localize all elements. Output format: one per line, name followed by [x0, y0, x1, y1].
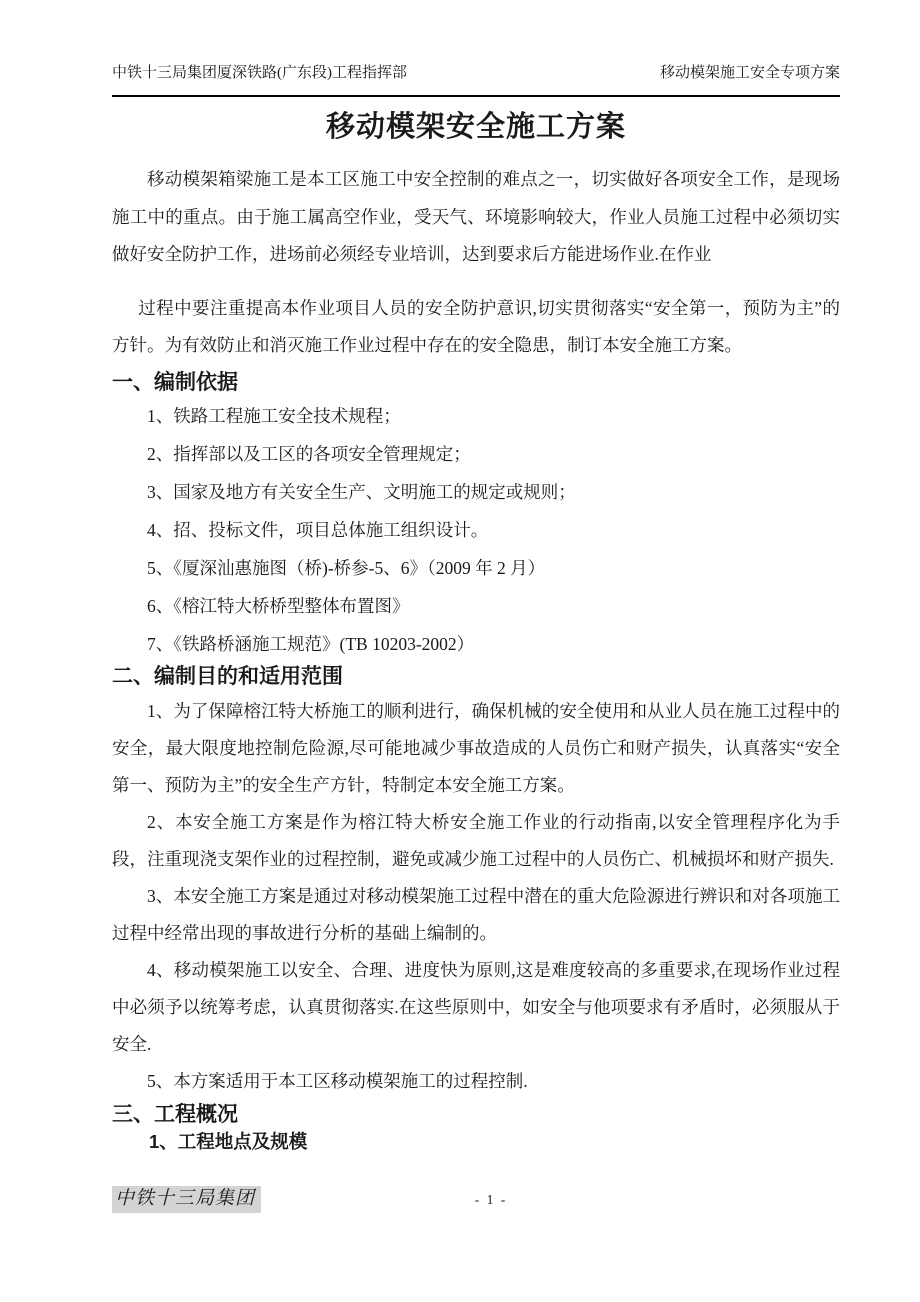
page-content: 中铁十三局集团厦深铁路(广东段)工程指挥部 移动模架施工安全专项方案 移动模架安…: [0, 0, 920, 1154]
section2-paragraph: 5、本方案适用于本工区移动模架施工的过程控制.: [112, 1063, 840, 1100]
list-item: 4、招、投标文件，项目总体施工组织设计。: [112, 511, 840, 549]
section3-subheading: 1、工程地点及规模: [112, 1130, 840, 1154]
list-item: 5、《厦深汕惠施图（桥)-桥参-5、6》（2009 年 2 月）: [112, 549, 840, 587]
header-left-text: 中铁十三局集团厦深铁路(广东段)工程指挥部: [112, 63, 407, 83]
section2-paragraph: 4、移动模架施工以安全、合理、进度快为原则,这是难度较高的多重要求,在现场作业过…: [112, 952, 840, 1063]
page-header: 中铁十三局集团厦深铁路(广东段)工程指挥部 移动模架施工安全专项方案: [112, 63, 840, 97]
list-item: 6、《榕江特大桥桥型整体布置图》: [112, 587, 840, 625]
document-title: 移动模架安全施工方案: [112, 109, 840, 145]
intro-paragraph-1: 移动模架箱梁施工是本工区施工中安全控制的难点之一，切实做好各项安全工作，是现场施…: [112, 161, 840, 274]
page-footer: 中铁十三局集团 - 1 -: [112, 1186, 840, 1213]
intro-paragraph-2: 过程中要注重提高本作业项目人员的安全防护意识,切实贯彻落实“安全第一，预防为主”…: [112, 290, 840, 365]
section2-heading: 二、编制目的和适用范围: [112, 663, 840, 691]
page-number: - 1 -: [475, 1192, 508, 1208]
section2-paragraph: 1、为了保障榕江特大桥施工的顺利进行，确保机械的安全使用和从业人员在施工过程中的…: [112, 693, 840, 804]
list-item: 7、《铁路桥涵施工规范》(TB 10203-2002）: [112, 625, 840, 663]
list-item: 2、指挥部以及工区的各项安全管理规定；: [112, 435, 840, 473]
section1-reference-list: 1、铁路工程施工安全技术规程； 2、指挥部以及工区的各项安全管理规定； 3、国家…: [112, 397, 840, 663]
document-page: 中铁十三局集团厦深铁路(广东段)工程指挥部 移动模架施工安全专项方案 移动模架安…: [0, 0, 920, 1302]
list-item: 3、国家及地方有关安全生产、文明施工的规定或规则；: [112, 473, 840, 511]
section2-paragraph: 2、本安全施工方案是作为榕江特大桥安全施工作业的行动指南,以安全管理程序化为手段…: [112, 804, 840, 878]
header-right-text: 移动模架施工安全专项方案: [660, 63, 840, 83]
list-item: 1、铁路工程施工安全技术规程；: [112, 397, 840, 435]
section3-heading: 三、工程概况: [112, 1102, 840, 1128]
section2-paragraph: 3、本安全施工方案是通过对移动模架施工过程中潜在的重大危险源进行辨识和对各项施工…: [112, 878, 840, 952]
footer-company-name: 中铁十三局集团: [112, 1186, 261, 1213]
section1-heading: 一、编制依据: [112, 369, 840, 397]
